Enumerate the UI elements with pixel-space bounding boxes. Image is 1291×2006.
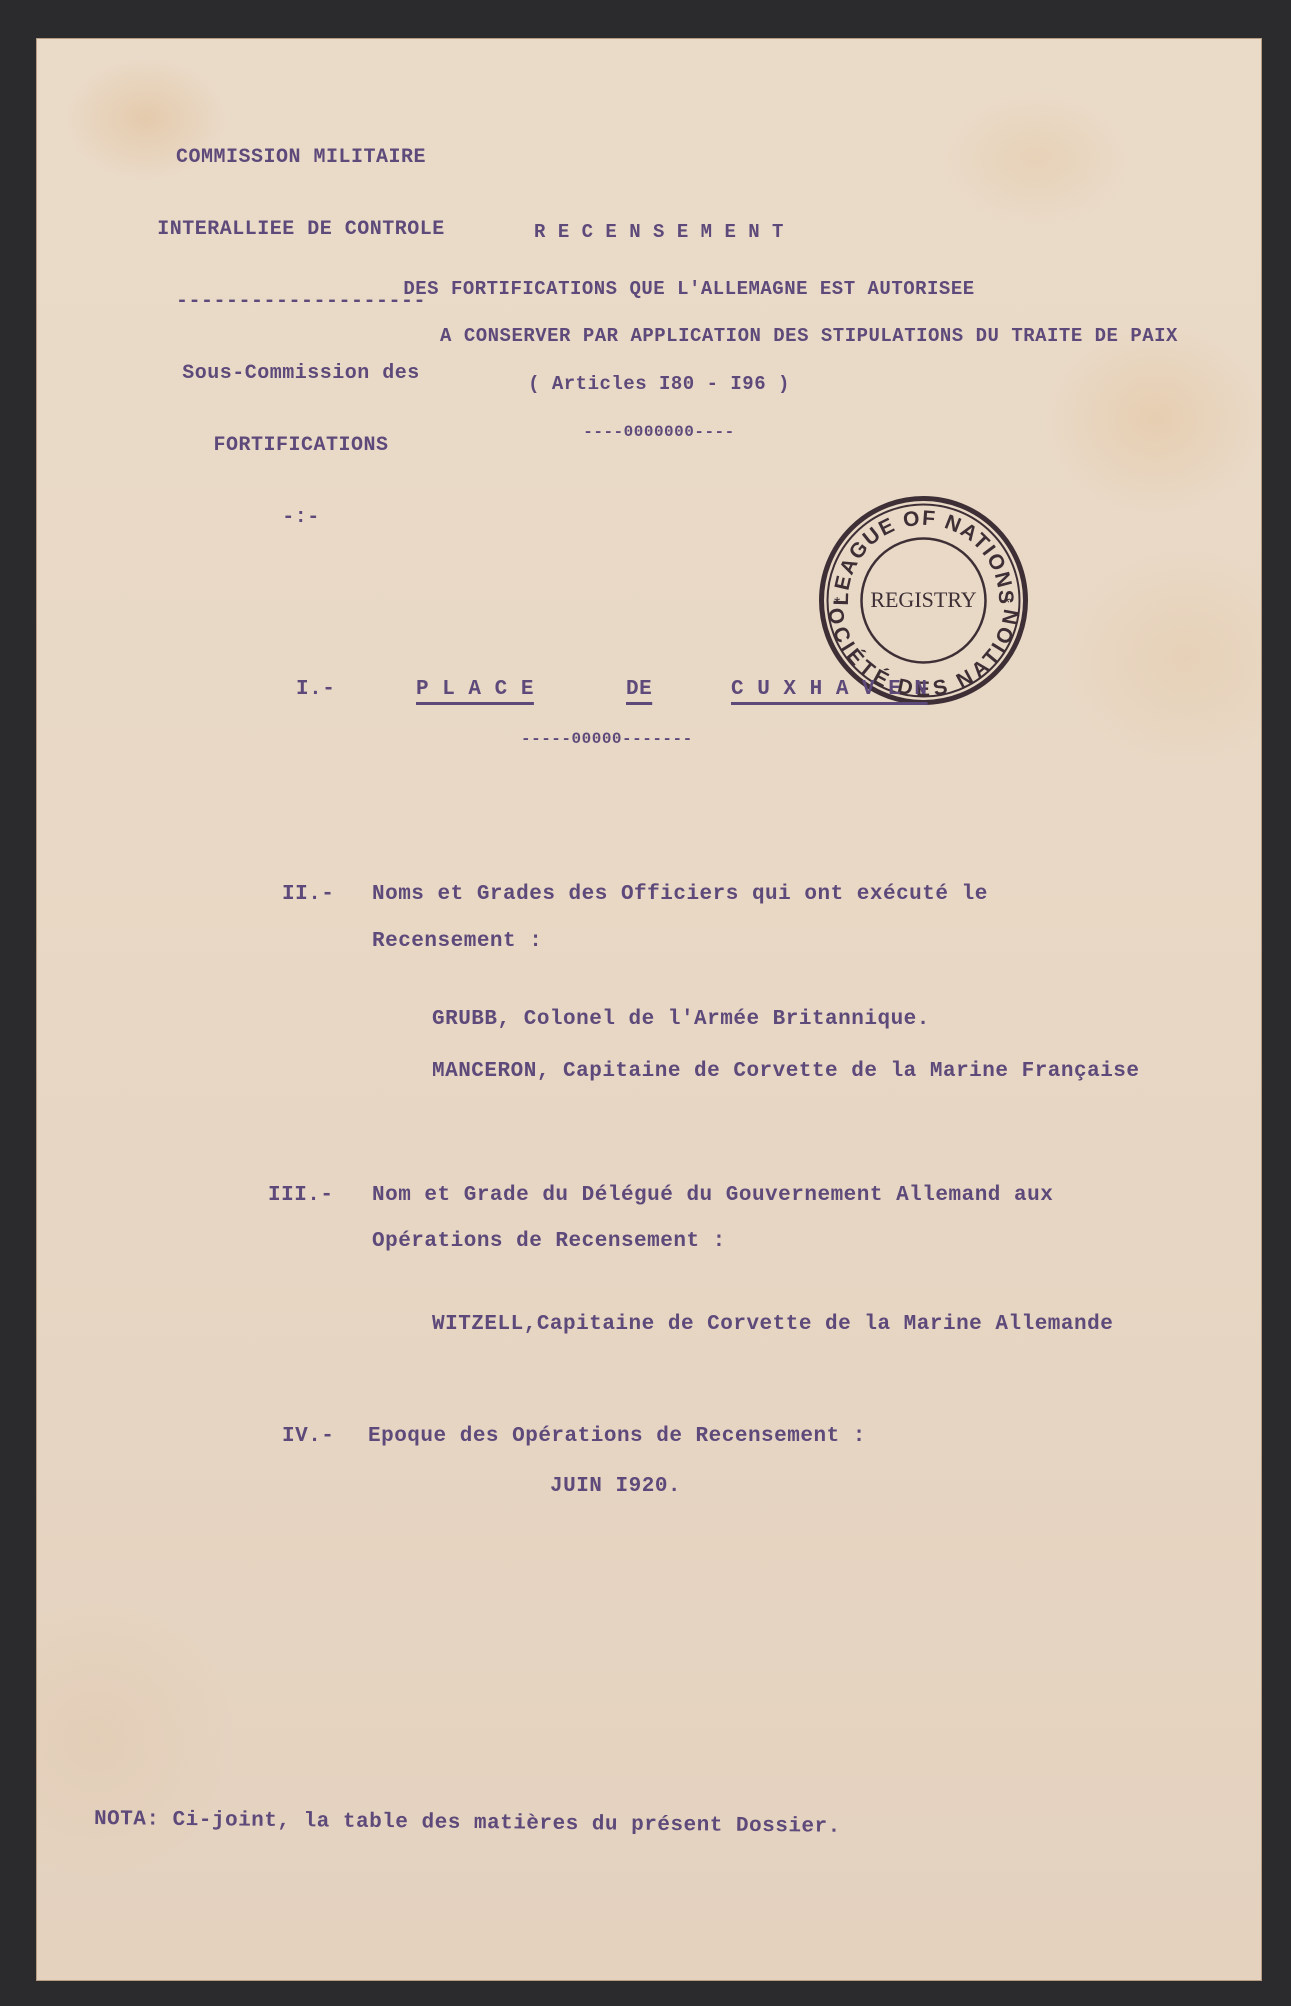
section-2-officer-1: GRUBB, Colonel de l'Armée Britannique. — [432, 1008, 930, 1031]
section-3-text-line-1: Nom et Grade du Délégué du Gouvernement … — [372, 1184, 1053, 1207]
section-3-text-line-2: Opérations de Recensement : — [372, 1230, 726, 1253]
title-line-1: DES FORTIFICATIONS QUE L'ALLEMAGNE EST A… — [36, 278, 1291, 300]
section-2-officer-2: MANCERON, Capitaine de Corvette de la Ma… — [432, 1060, 1140, 1083]
section-1-separator: -----00000------- — [521, 730, 693, 748]
section-4-date: JUIN I920. — [550, 1475, 681, 1498]
document-page: COMMISSION MILITAIRE INTERALLIEE DE CONT… — [36, 38, 1262, 1981]
title-line-3: ( Articles I80 - I96 ) — [36, 373, 1272, 395]
section-1-number: I.- — [296, 678, 335, 701]
section-3-number: III.- — [268, 1184, 334, 1207]
header-mark: -:- — [101, 506, 501, 530]
section-2-number: II.- — [282, 883, 334, 906]
title-separator: ----0000000---- — [36, 423, 1272, 441]
header-line-1: COMMISSION MILITAIRE — [101, 146, 501, 170]
title-line-2: A CONSERVER PAR APPLICATION DES STIPULAT… — [36, 325, 1291, 347]
stamp-center-text: REGISTRY — [870, 587, 976, 612]
section-1-word-cuxhaven: C U X H A V E N — [731, 678, 928, 701]
league-of-nations-registry-stamp: LEAGUE OF NATIONS SOCIÉTÉ DES NATIONS * … — [816, 493, 1031, 708]
title-recensement: R E C E N S E M E N T — [36, 221, 1272, 243]
section-2-text-line-1: Noms et Grades des Officiers qui ont exé… — [372, 883, 988, 906]
section-4-text: Epoque des Opérations de Recensement : — [368, 1425, 866, 1448]
svg-text:*: * — [1004, 595, 1010, 612]
section-3-delegate: WITZELL,Capitaine de Corvette de la Mari… — [432, 1313, 1113, 1336]
section-4-number: IV.- — [282, 1425, 334, 1448]
section-1-word-place: P L A C E — [416, 678, 534, 701]
section-2-text-line-2: Recensement : — [372, 930, 542, 953]
nota-text: NOTA: Ci-joint, la table des matières du… — [94, 1808, 841, 1839]
svg-text:*: * — [834, 595, 840, 612]
section-1-word-de: DE — [626, 678, 652, 701]
